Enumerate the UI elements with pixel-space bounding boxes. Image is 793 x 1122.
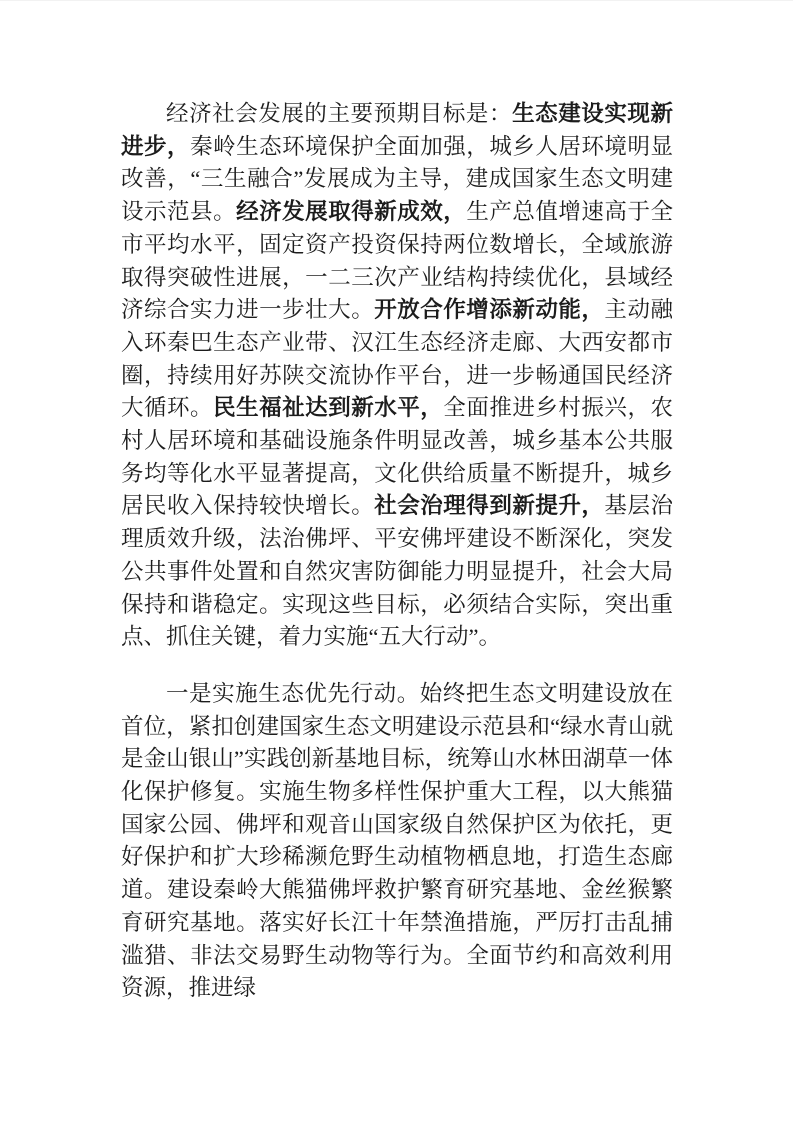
text-run: 经济社会发展的主要预期目标是： bbox=[166, 101, 512, 126]
text-run-bold-emphasis: 社会治理得到新提升， bbox=[374, 493, 604, 518]
text-run-bold-emphasis: 民生福祉达到新水平， bbox=[213, 395, 443, 420]
text-run: 一是实施生态优先行动。始终把生态文明建设放在首位，紧扣创建国家生态文明建设示范县… bbox=[121, 681, 673, 1000]
text-run-bold-emphasis: 经济发展取得新成效， bbox=[236, 199, 466, 224]
paragraph-expected-goals: 经济社会发展的主要预期目标是：生态建设实现新进步，秦岭生态环境保护全面加强，城乡… bbox=[121, 98, 673, 654]
document-body: 经济社会发展的主要预期目标是：生态建设实现新进步，秦岭生态环境保护全面加强，城乡… bbox=[121, 98, 673, 1005]
text-run-bold-emphasis: 开放合作增添新动能， bbox=[374, 297, 604, 322]
paragraph-ecology-priority-action: 一是实施生态优先行动。始终把生态文明建设放在首位，紧扣创建国家生态文明建设示范县… bbox=[121, 678, 673, 1005]
document-page: 经济社会发展的主要预期目标是：生态建设实现新进步，秦岭生态环境保护全面加强，城乡… bbox=[0, 0, 793, 1122]
